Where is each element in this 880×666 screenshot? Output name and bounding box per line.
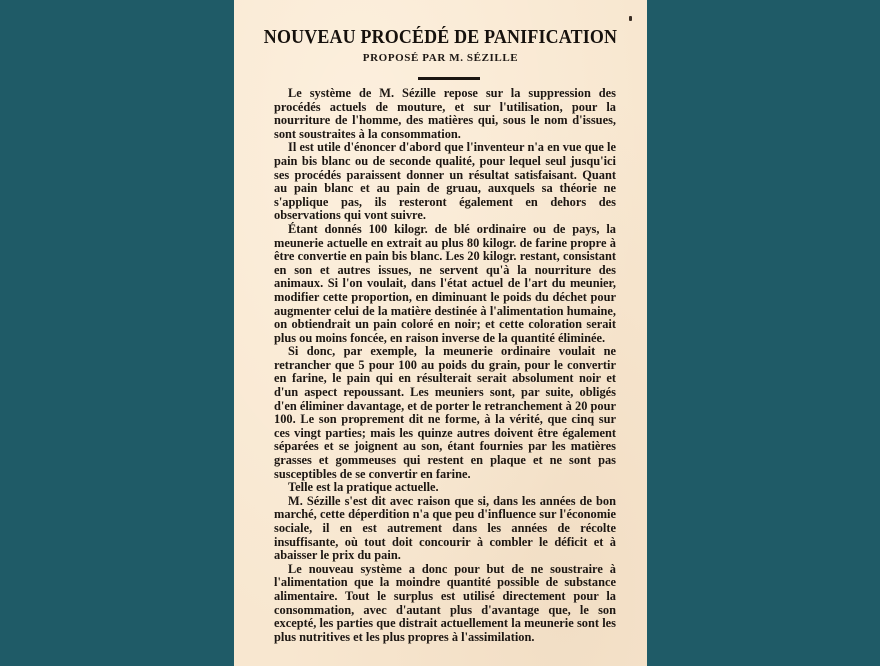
- page-subtitle: PROPOSÉ PAR M. SÉZILLE: [234, 52, 647, 64]
- paragraph: Telle est la pratique actuelle.: [274, 481, 616, 495]
- paragraph: M. Sézille s'est dit avec raison que si,…: [274, 495, 616, 563]
- article-body: Le système de M. Sézille repose sur la s…: [274, 87, 616, 644]
- paragraph: Si donc, par exemple, la meunerie ordina…: [274, 345, 616, 481]
- page-title: NOUVEAU PROCÉDÉ DE PANIFICATION: [251, 27, 631, 49]
- paragraph: Il est utile d'énoncer d'abord que l'inv…: [274, 141, 616, 223]
- paragraph: Le système de M. Sézille repose sur la s…: [274, 87, 616, 141]
- title-divider: [418, 77, 480, 80]
- ink-speck: [629, 16, 632, 21]
- paragraph: Étant donnés 100 kilogr. de blé ordinair…: [274, 223, 616, 345]
- paragraph: Le nouveau système a donc pour but de ne…: [274, 563, 616, 645]
